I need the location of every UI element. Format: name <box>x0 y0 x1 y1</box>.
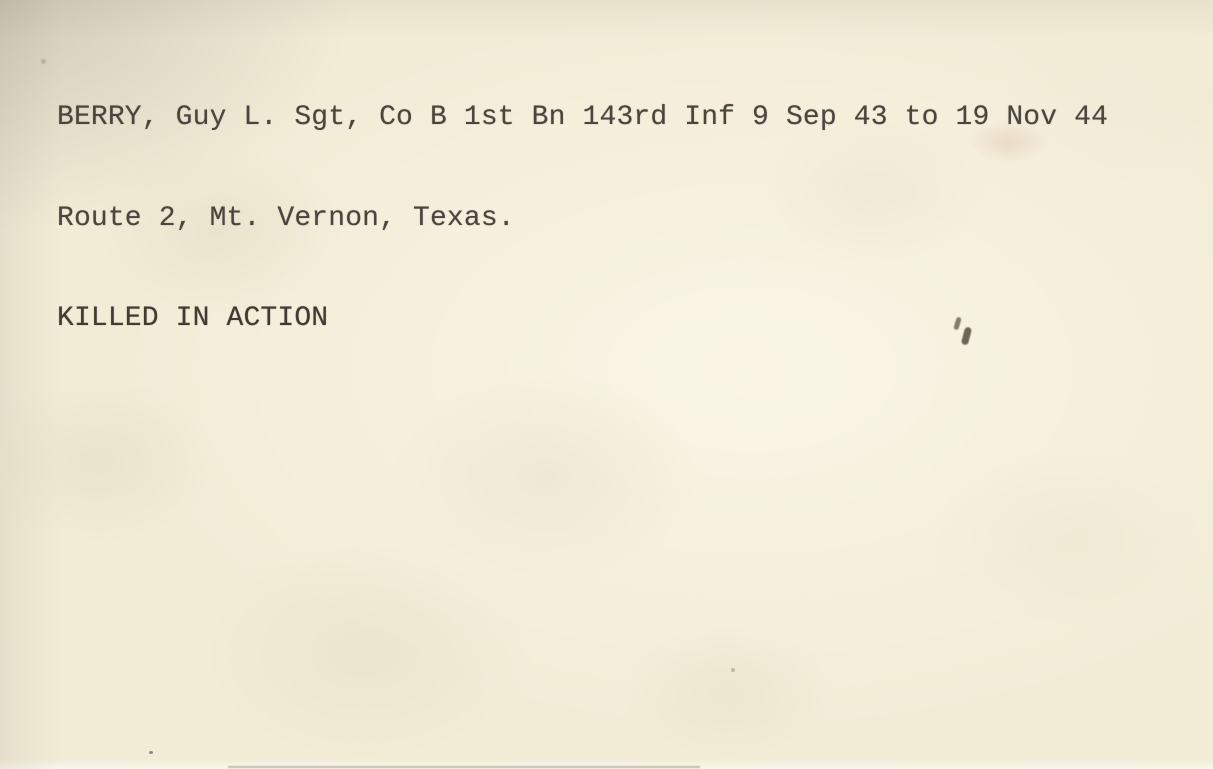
scanned-index-card: BERRY, Guy L. Sgt, Co B 1st Bn 143rd Inf… <box>0 0 1213 769</box>
paper-speck <box>149 751 153 754</box>
casualty-status-line: KILLED IN ACTION <box>57 302 1108 336</box>
paper-speck <box>731 668 735 672</box>
typed-text-block: BERRY, Guy L. Sgt, Co B 1st Bn 143rd Inf… <box>57 34 1108 403</box>
pink-smudge <box>968 122 1048 162</box>
scan-edge-streak <box>228 766 700 768</box>
service-record-line: BERRY, Guy L. Sgt, Co B 1st Bn 143rd Inf… <box>57 101 1108 135</box>
address-line: Route 2, Mt. Vernon, Texas. <box>57 202 1108 236</box>
paper-speck <box>41 59 46 64</box>
